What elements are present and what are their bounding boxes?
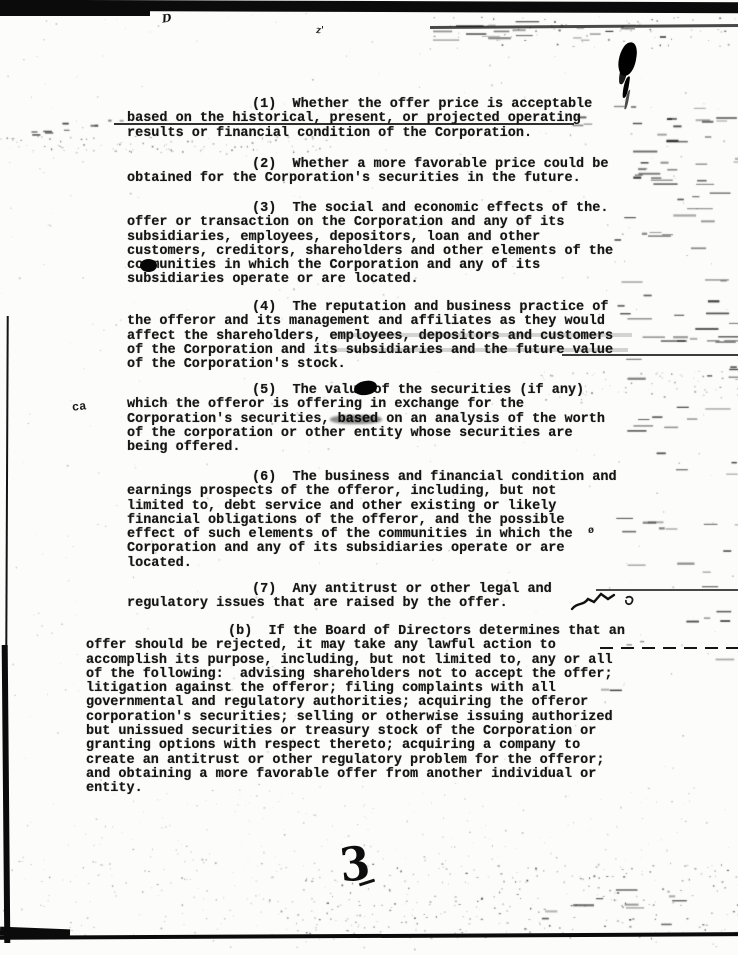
paragraph-line: the offeror and its management and affil… — [127, 315, 613, 329]
paragraph-line: governmental and regulatory authorities;… — [86, 696, 625, 710]
scanned-document-page: D z' ca ø (1) Whether the offer price is… — [0, 0, 738, 955]
paragraph-line: customers, creditors, shareholders and o… — [127, 245, 613, 259]
paragraph-line: accomplish its purpose, including, but n… — [86, 654, 625, 668]
paragraph-4: (4) The reputation and business practice… — [127, 301, 613, 372]
paragraph-line: which the offeror is offering in exchang… — [127, 398, 605, 412]
handwritten-squiggle — [568, 586, 640, 614]
paragraph-line: financial obligations of the offeror, an… — [127, 514, 617, 528]
paragraph-7: (7) Any antitrust or other legal andregu… — [127, 583, 552, 612]
paragraph-line: of the following: advising shareholders … — [86, 668, 625, 682]
paragraph-line: obtained for the Corporation's securitie… — [127, 172, 608, 186]
paragraph-line: (b) If the Board of Directors determines… — [86, 625, 625, 639]
paragraph-line: limited to, debt service and other exist… — [127, 500, 617, 514]
paragraph-2: (2) Whether a more favorable price could… — [127, 158, 608, 187]
paragraph-line: subsidiaries, employees, depositors, loa… — [127, 231, 613, 245]
paragraph-line: regulatory issues that are raised by the… — [127, 597, 552, 611]
paragraph-line: corporation's securities; selling or oth… — [86, 711, 625, 725]
ink-blot-over-communities-word — [140, 259, 157, 272]
paragraph-line: and obtaining a more favorable offer fro… — [86, 768, 625, 782]
paragraph-line: litigation against the offeror; filing c… — [86, 682, 625, 696]
paragraph-line: communities in which the Corporation and… — [127, 259, 613, 273]
paragraph-line: earnings prospects of the offeror, inclu… — [127, 485, 617, 499]
paragraph-line: offer should be rejected, it may take an… — [86, 639, 625, 653]
stray-mark-top-mid: z' — [316, 26, 324, 36]
paragraph-line: of the Corporation and its subsidiaries … — [127, 344, 613, 358]
paragraph-line: create an antitrust or other regulatory … — [86, 754, 625, 768]
stray-mark-top-left: D — [161, 11, 172, 25]
paragraph-3: (3) The social and economic effects of t… — [127, 202, 613, 288]
paragraph-b: (b) If the Board of Directors determines… — [86, 625, 625, 797]
handwritten-page-number: 3 — [337, 837, 372, 894]
paragraph-line: effect of such elements of the communiti… — [127, 528, 617, 542]
paragraph-line: affect the shareholders, employees, depo… — [127, 330, 613, 344]
paragraph-line: located. — [127, 557, 617, 571]
paragraph-line: (4) The reputation and business practice… — [127, 301, 613, 315]
paragraph-line: offer or transaction on the Corporation … — [127, 216, 613, 230]
paragraph-6: (6) The business and financial condition… — [127, 471, 617, 571]
typewritten-text-block: (1) Whether the offer price is acceptabl… — [0, 0, 738, 955]
paragraph-line: Corporation and any of its subsidiaries … — [127, 542, 617, 556]
paragraph-line: (1) Whether the offer price is acceptabl… — [127, 98, 592, 112]
paragraph-line: entity. — [86, 782, 625, 796]
paragraph-line: granting options with respect thereto; a… — [86, 739, 625, 753]
paragraph-line: (2) Whether a more favorable price could… — [127, 158, 608, 172]
paragraph-line: but unissued securities or treasury stoc… — [86, 725, 625, 739]
paragraph-line: of the Corporation's stock. — [127, 358, 613, 372]
stray-mark-mid-left: ca — [71, 399, 87, 414]
paragraph-line: subsidiaries operate or are located. — [127, 273, 613, 287]
paragraph-line: based on the historical, present, or pro… — [127, 112, 592, 126]
paragraph-line: results or financial condition of the Co… — [127, 127, 592, 141]
ink-smudge-over-based-word — [330, 415, 382, 424]
paragraph-line: of the corporation or other entity whose… — [127, 427, 605, 441]
paragraph-line: being offered. — [127, 441, 605, 455]
scan-edge-top-bar-thick — [0, 9, 150, 16]
paragraph-line: (6) The business and financial condition… — [127, 471, 617, 485]
stray-mark-mid-right: ø — [588, 526, 594, 537]
paragraph-1: (1) Whether the offer price is acceptabl… — [127, 98, 592, 141]
paragraph-line: (7) Any antitrust or other legal and — [127, 583, 552, 597]
paragraph-line: (3) The social and economic effects of t… — [127, 202, 613, 216]
